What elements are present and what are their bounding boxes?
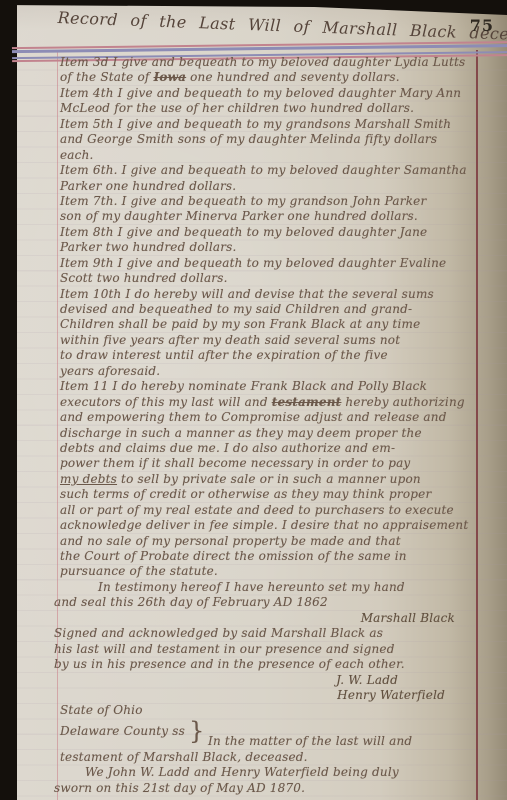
left-margin-line <box>57 52 58 800</box>
signature-henry-waterfield: Henry Waterfield <box>60 688 493 703</box>
manuscript-line: of the State of Iowa one hundred and sev… <box>60 70 493 85</box>
manuscript-line: sworn on this 21st day of May AD 1870. <box>54 781 493 796</box>
manuscript-line: pursuance of the statute. <box>60 564 493 579</box>
manuscript-line: Item 10th I do hereby will and devise th… <box>60 287 493 302</box>
manuscript-line: Parker one hundred dollars. <box>60 179 493 194</box>
manuscript-line: acknowledge deliver in fee simple. I des… <box>60 518 493 533</box>
manuscript-line: and empowering them to Compromise adjust… <box>60 410 493 425</box>
manuscript-line: to draw interest until after the expirat… <box>60 348 493 363</box>
manuscript-line: Item 5th I give and bequeath to my grand… <box>60 117 493 132</box>
manuscript-line: son of my daughter Minerva Parker one hu… <box>60 209 493 224</box>
manuscript-line: In testimony hereof I have hereunto set … <box>60 580 493 595</box>
manuscript-line: Parker two hundred dollars. <box>60 240 493 255</box>
manuscript-line: discharge in such a manner as they may d… <box>60 426 493 441</box>
manuscript-line: Scott two hundred dollars. <box>60 271 493 286</box>
manuscript-line: Item 11 I do hereby nominate Frank Black… <box>60 379 493 394</box>
manuscript-line: Item 4th I give and bequeath to my belov… <box>60 86 493 101</box>
page-number: 75 <box>470 16 494 35</box>
manuscript-line: testament of Marshall Black, deceased. <box>60 750 493 765</box>
manuscript-lines: Item 3d I give and bequeath to my belove… <box>60 55 493 796</box>
manuscript-line: Item 8th I give and bequeath to my belov… <box>60 225 493 240</box>
manuscript-line: We John W. Ladd and Henry Waterfield bei… <box>60 765 493 780</box>
manuscript-line: McLeod for the use of her children two h… <box>60 101 493 116</box>
manuscript-line: State of Ohio <box>60 703 493 718</box>
manuscript-line: my debts to sell by private sale or in s… <box>60 472 493 487</box>
manuscript-line: devised and bequeathed to my said Childr… <box>60 302 493 317</box>
manuscript-line: Signed and acknowledged by said Marshall… <box>54 626 493 641</box>
signature-marshall-black: Marshall Black <box>60 611 493 626</box>
manuscript-line: and seal this 26th day of February AD 18… <box>54 595 493 610</box>
manuscript-line: within five years after my death said se… <box>60 333 493 348</box>
manuscript-line: years aforesaid. <box>60 364 493 379</box>
manuscript-line: Item 7th. I give and bequeath to my gran… <box>60 194 493 209</box>
manuscript-line: executors of this my last will and testa… <box>60 395 493 410</box>
manuscript-line: power them if it shall become necessary … <box>60 456 493 471</box>
manuscript-line: and George Smith sons of my daughter Mel… <box>60 132 493 147</box>
manuscript-line: debts and claims due me. I do also autho… <box>60 441 493 456</box>
manuscript-line: Item 9th I give and bequeath to my belov… <box>60 256 493 271</box>
manuscript-line: and no sale of my personal property be m… <box>60 534 493 549</box>
manuscript-line: Item 3d I give and bequeath to my belove… <box>60 55 493 70</box>
manuscript-line: all or part of my real estate and deed t… <box>60 503 493 518</box>
manuscript-line: each. <box>60 148 493 163</box>
manuscript-line: his last will and testament in our prese… <box>54 642 493 657</box>
venue-brace-glyph: } <box>189 717 204 745</box>
venue-caption: Delaware County ss } <box>60 719 493 734</box>
will-record-page: Record of the Last Will of Marshall Blac… <box>0 0 507 800</box>
manuscript-line: Item 6th. I give and bequeath to my belo… <box>60 163 493 178</box>
manuscript-line: such terms of credit or otherwise as the… <box>60 487 493 502</box>
manuscript-line: Children shall be paid by my son Frank B… <box>60 317 493 332</box>
signature-jw-ladd: J. W. Ladd <box>60 673 493 688</box>
manuscript-line: by us in his presence and in the presenc… <box>54 657 493 672</box>
manuscript-line: the Court of Probate direct the omission… <box>60 549 493 564</box>
